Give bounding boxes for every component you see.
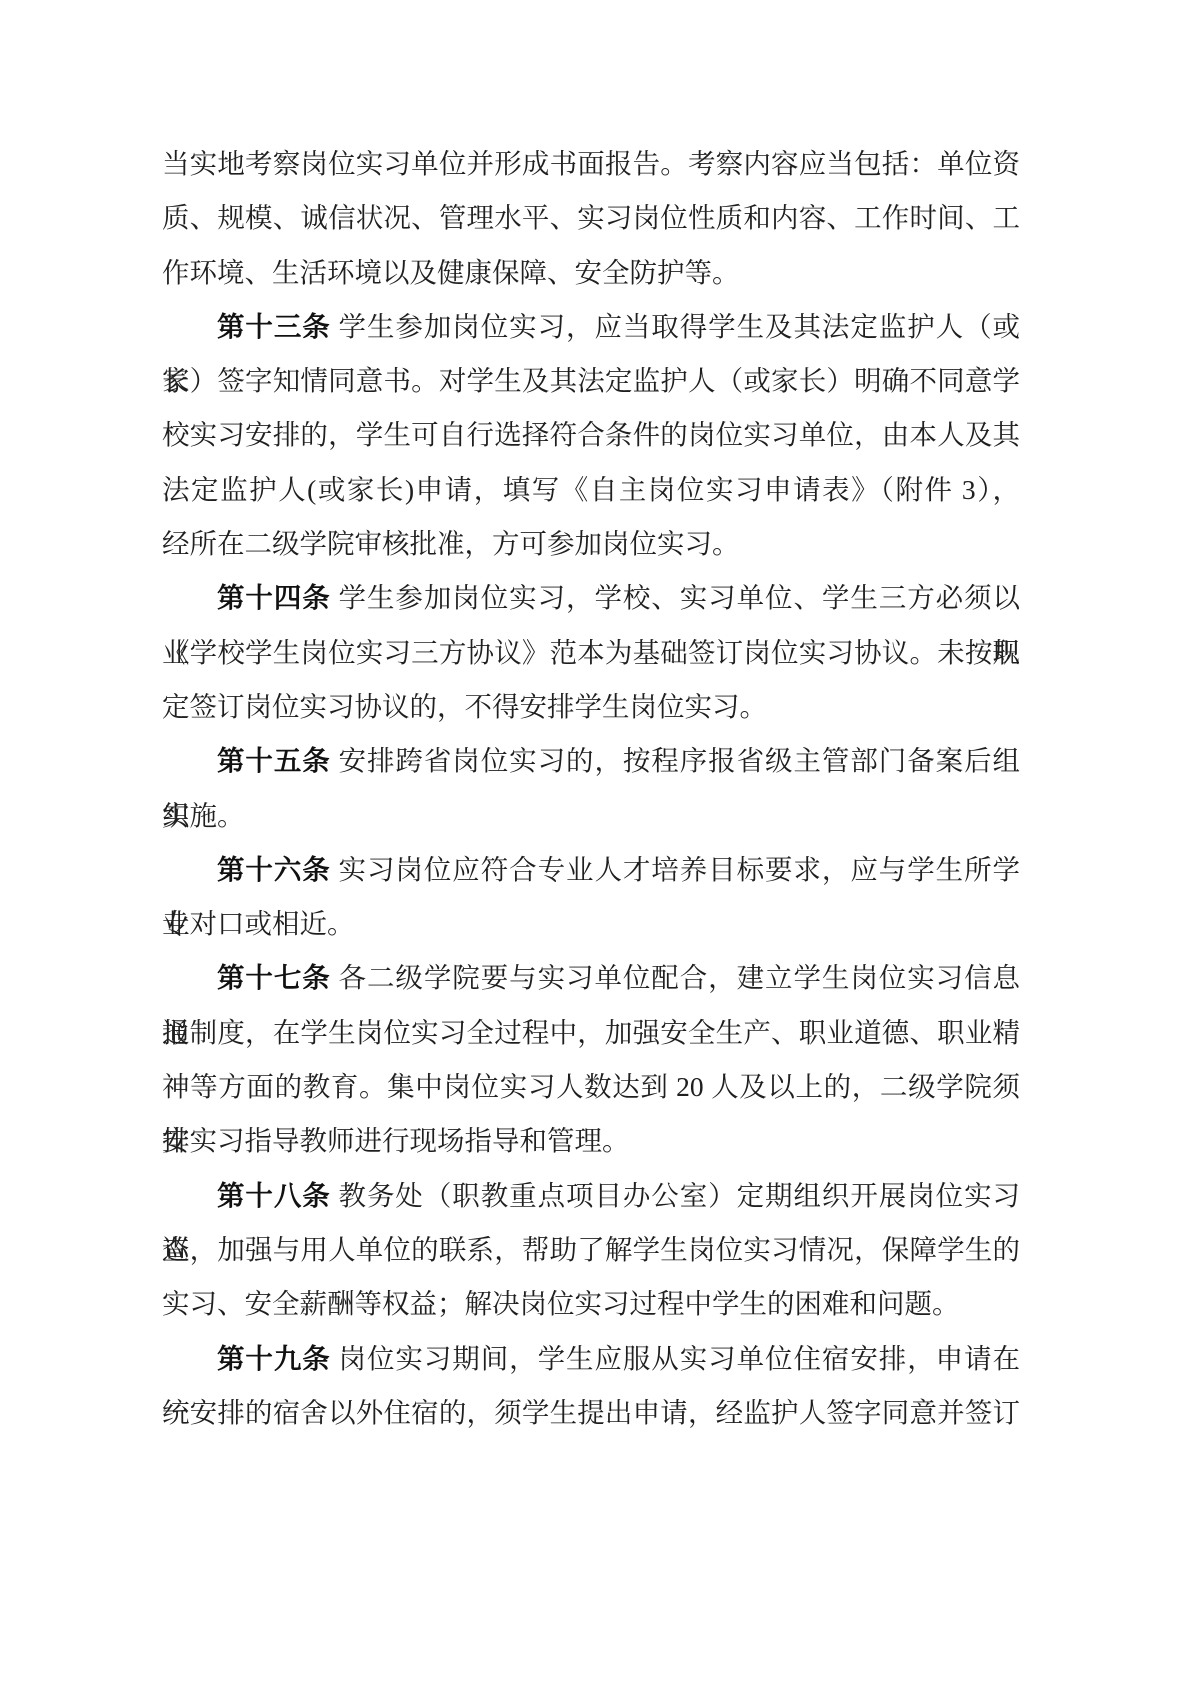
document-line: 排实习指导教师进行现场指导和管理。 — [162, 1114, 1020, 1168]
document-line: 第十九条 岗位实习期间，学生应服从实习单位住宿安排，申请在统 — [162, 1332, 1020, 1386]
document-line: 质、规模、诚信状况、管理水平、实习岗位性质和内容、工作时间、工 — [162, 191, 1020, 245]
line-text: 排实习指导教师进行现场指导和管理。 — [162, 1125, 630, 1156]
article-number: 第十三条 — [217, 311, 331, 342]
line-text: 查，加强与用人单位的联系，帮助了解学生岗位实习情况，保障学生的 — [162, 1234, 1020, 1265]
document-line: 第十三条 学生参加岗位实习，应当取得学生及其法定监护人（或家 — [162, 300, 1020, 354]
document-line: 第十八条 教务处（职教重点项目办公室）定期组织开展岗位实习巡 — [162, 1169, 1020, 1223]
article-number: 第十七条 — [217, 962, 331, 993]
line-text: 实施。 — [162, 800, 245, 831]
document-line: 第十六条 实习岗位应符合专业人才培养目标要求，应与学生所学专 — [162, 843, 1020, 897]
line-text: 业学校学生岗位实习三方协议》范本为基础签订岗位实习协议。未按规 — [162, 637, 1020, 668]
document-line: 第十四条 学生参加岗位实习，学校、实习单位、学生三方必须以《职 — [162, 571, 1020, 625]
document-line: 查，加强与用人单位的联系，帮助了解学生岗位实习情况，保障学生的 — [162, 1223, 1020, 1277]
line-text: 作环境、生活环境以及健康保障、安全防护等。 — [162, 257, 740, 288]
document-line: 法定监护人(或家长)申请，填写《自主岗位实习申请表》（附件 3）， — [162, 463, 1020, 517]
article-number: 第十五条 — [217, 745, 331, 776]
document-page: 当实地考察岗位实习单位并形成书面报告。考察内容应当包括：单位资质、规模、诚信状况… — [0, 0, 1191, 1684]
document-line: 经所在二级学院审核批准，方可参加岗位实习。 — [162, 517, 1020, 571]
document-line: 定签订岗位实习协议的，不得安排学生岗位实习。 — [162, 680, 1020, 734]
article-number: 第十九条 — [217, 1343, 331, 1374]
line-text: 业对口或相近。 — [162, 908, 355, 939]
document-body: 当实地考察岗位实习单位并形成书面报告。考察内容应当包括：单位资质、规模、诚信状况… — [162, 137, 1020, 1440]
line-text: 定签订岗位实习协议的，不得安排学生岗位实习。 — [162, 691, 767, 722]
document-line: 作环境、生活环境以及健康保障、安全防护等。 — [162, 246, 1020, 300]
document-line: 报制度，在学生岗位实习全过程中，加强安全生产、职业道德、职业精 — [162, 1006, 1020, 1060]
document-line: 神等方面的教育。集中岗位实习人数达到 20 人及以上的，二级学院须安 — [162, 1060, 1020, 1114]
line-text: 质、规模、诚信状况、管理水平、实习岗位性质和内容、工作时间、工 — [162, 202, 1020, 233]
document-line: 业学校学生岗位实习三方协议》范本为基础签订岗位实习协议。未按规 — [162, 626, 1020, 680]
document-line: 第十七条 各二级学院要与实习单位配合，建立学生岗位实习信息通 — [162, 951, 1020, 1005]
document-line: 实习、安全薪酬等权益；解决岗位实习过程中学生的困难和问题。 — [162, 1277, 1020, 1331]
line-text: 当实地考察岗位实习单位并形成书面报告。考察内容应当包括：单位资 — [162, 148, 1020, 179]
document-line: 长）签字知情同意书。对学生及其法定监护人（或家长）明确不同意学 — [162, 354, 1020, 408]
document-line: 第十五条 安排跨省岗位实习的，按程序报省级主管部门备案后组织 — [162, 734, 1020, 788]
line-text: 实习、安全薪酬等权益；解决岗位实习过程中学生的困难和问题。 — [162, 1288, 960, 1319]
article-number: 第十四条 — [217, 582, 331, 613]
document-line: 业对口或相近。 — [162, 897, 1020, 951]
article-number: 第十六条 — [217, 854, 331, 885]
document-line: 当实地考察岗位实习单位并形成书面报告。考察内容应当包括：单位资 — [162, 137, 1020, 191]
line-text: 经所在二级学院审核批准，方可参加岗位实习。 — [162, 528, 740, 559]
line-text: 一安排的宿舍以外住宿的，须学生提出申请，经监护人签字同意并签订 — [162, 1397, 1020, 1428]
document-line: 实施。 — [162, 789, 1020, 843]
line-text: 校实习安排的，学生可自行选择符合条件的岗位实习单位，由本人及其 — [162, 419, 1020, 450]
article-number: 第十八条 — [217, 1180, 331, 1211]
document-line: 校实习安排的，学生可自行选择符合条件的岗位实习单位，由本人及其 — [162, 408, 1020, 462]
line-text: 长）签字知情同意书。对学生及其法定监护人（或家长）明确不同意学 — [162, 365, 1020, 396]
line-text: 报制度，在学生岗位实习全过程中，加强安全生产、职业道德、职业精 — [162, 1017, 1020, 1048]
document-line: 一安排的宿舍以外住宿的，须学生提出申请，经监护人签字同意并签订 — [162, 1386, 1020, 1440]
line-text: 法定监护人(或家长)申请，填写《自主岗位实习申请表》（附件 3）， — [162, 474, 1020, 505]
